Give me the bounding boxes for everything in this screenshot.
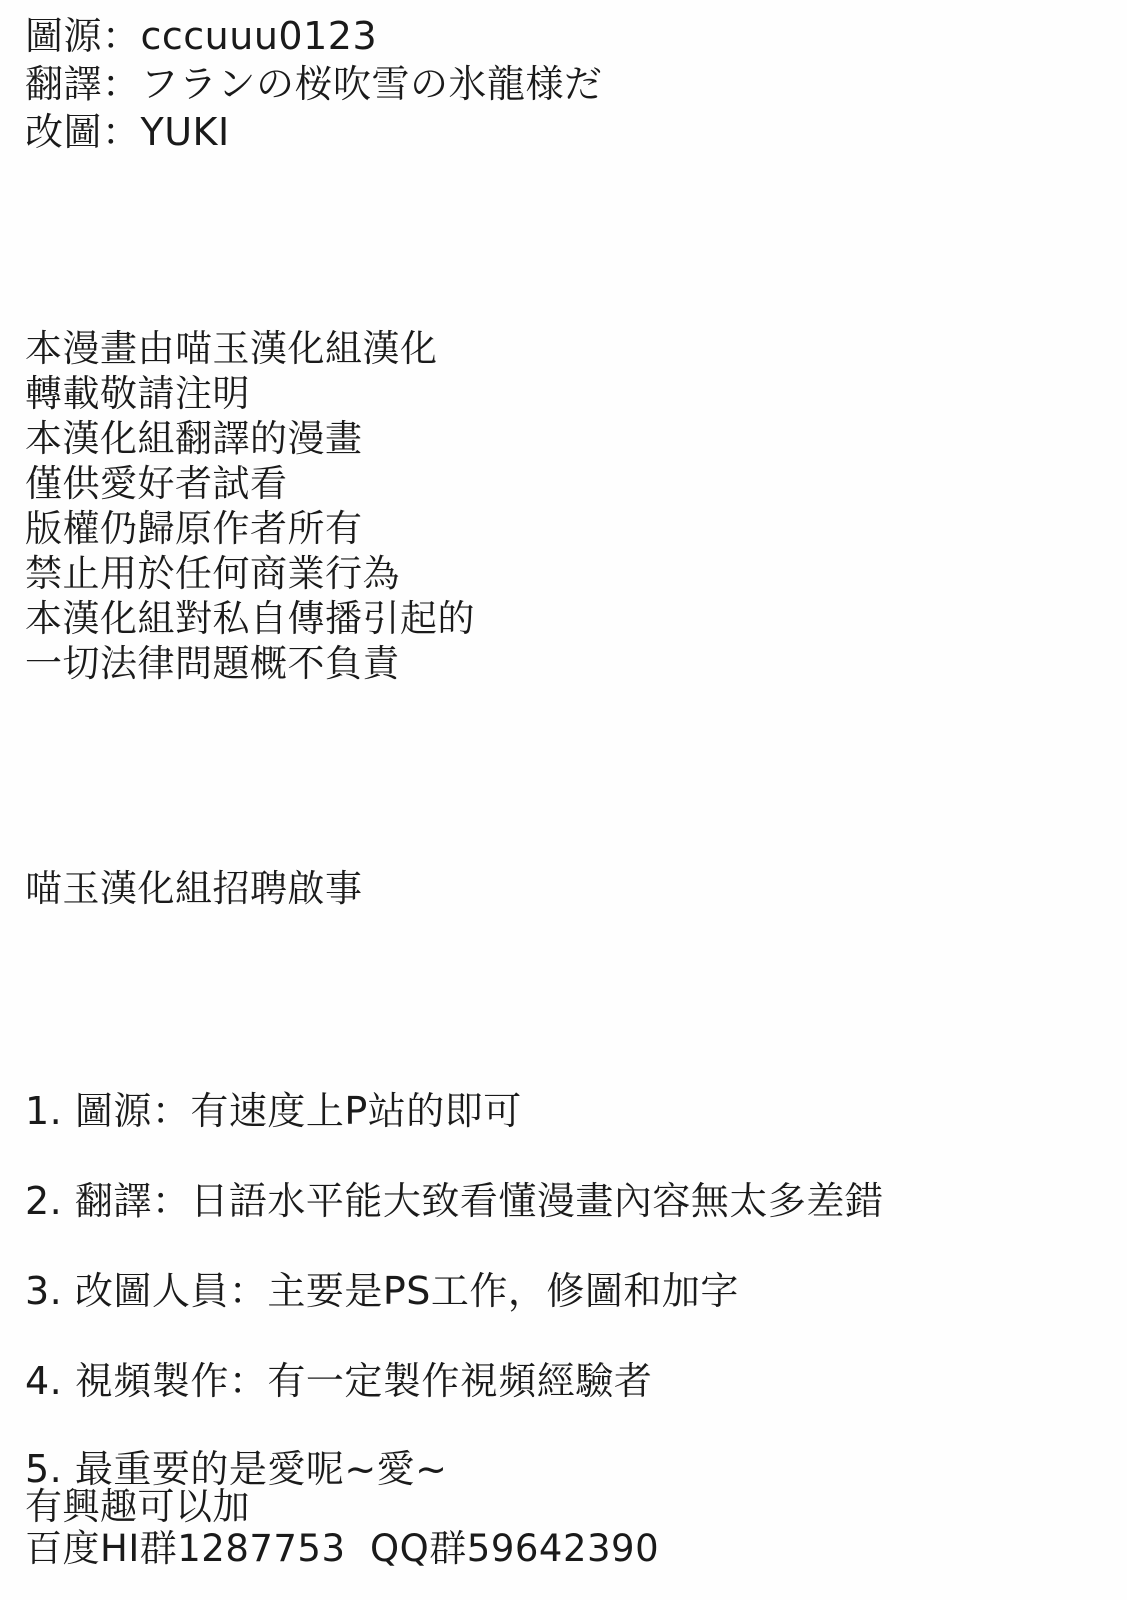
recruitment-item-image-source: 1. 圖源：有速度上P站的即可	[25, 1080, 522, 1135]
disclaimer-line: 僅供愛好者試看	[25, 461, 475, 506]
disclaimer-line: 轉載敬請注明	[25, 371, 475, 416]
staff-credits-block: 圖源：cccuuu0123 翻譯：フランの桜吹雪の氷龍様だ 改圖：YUKI	[25, 12, 603, 156]
scanlation-credits-page: 圖源：cccuuu0123 翻譯：フランの桜吹雪の氷龍様だ 改圖：YUKI 本漫…	[0, 0, 1127, 1600]
credit-line-image-source: 圖源：cccuuu0123	[25, 12, 603, 60]
credit-line-editor: 改圖：YUKI	[25, 108, 603, 156]
contact-groups-line: 百度HI群1287753 QQ群59642390	[25, 1528, 659, 1570]
recruitment-item-translator: 2. 翻譯：日語水平能大致看懂漫畫內容無太多差錯	[25, 1170, 883, 1225]
disclaimer-line: 禁止用於任何商業行為	[25, 551, 475, 596]
credit-line-translator: 翻譯：フランの桜吹雪の氷龍様だ	[25, 60, 603, 108]
disclaimer-line: 本漢化組翻譯的漫畫	[25, 416, 475, 461]
contact-invite-line: 有興趣可以加	[25, 1486, 659, 1528]
disclaimer-line: 一切法律問題概不負責	[25, 641, 475, 686]
disclaimer-line: 本漫畫由喵玉漢化組漢化	[25, 326, 475, 371]
disclaimer-line: 本漢化組對私自傳播引起的	[25, 596, 475, 641]
recruitment-item-video: 4. 視頻製作：有一定製作視頻經驗者	[25, 1350, 652, 1405]
recruitment-heading: 喵玉漢化組招聘啟事	[25, 858, 363, 912]
disclaimer-line: 版權仍歸原作者所有	[25, 506, 475, 551]
contact-block: 有興趣可以加 百度HI群1287753 QQ群59642390	[25, 1486, 659, 1570]
disclaimer-block: 本漫畫由喵玉漢化組漢化 轉載敬請注明 本漢化組翻譯的漫畫 僅供愛好者試看 版權仍…	[25, 326, 475, 686]
recruitment-item-editor: 3. 改圖人員：主要是PS工作，修圖和加字	[25, 1260, 739, 1315]
